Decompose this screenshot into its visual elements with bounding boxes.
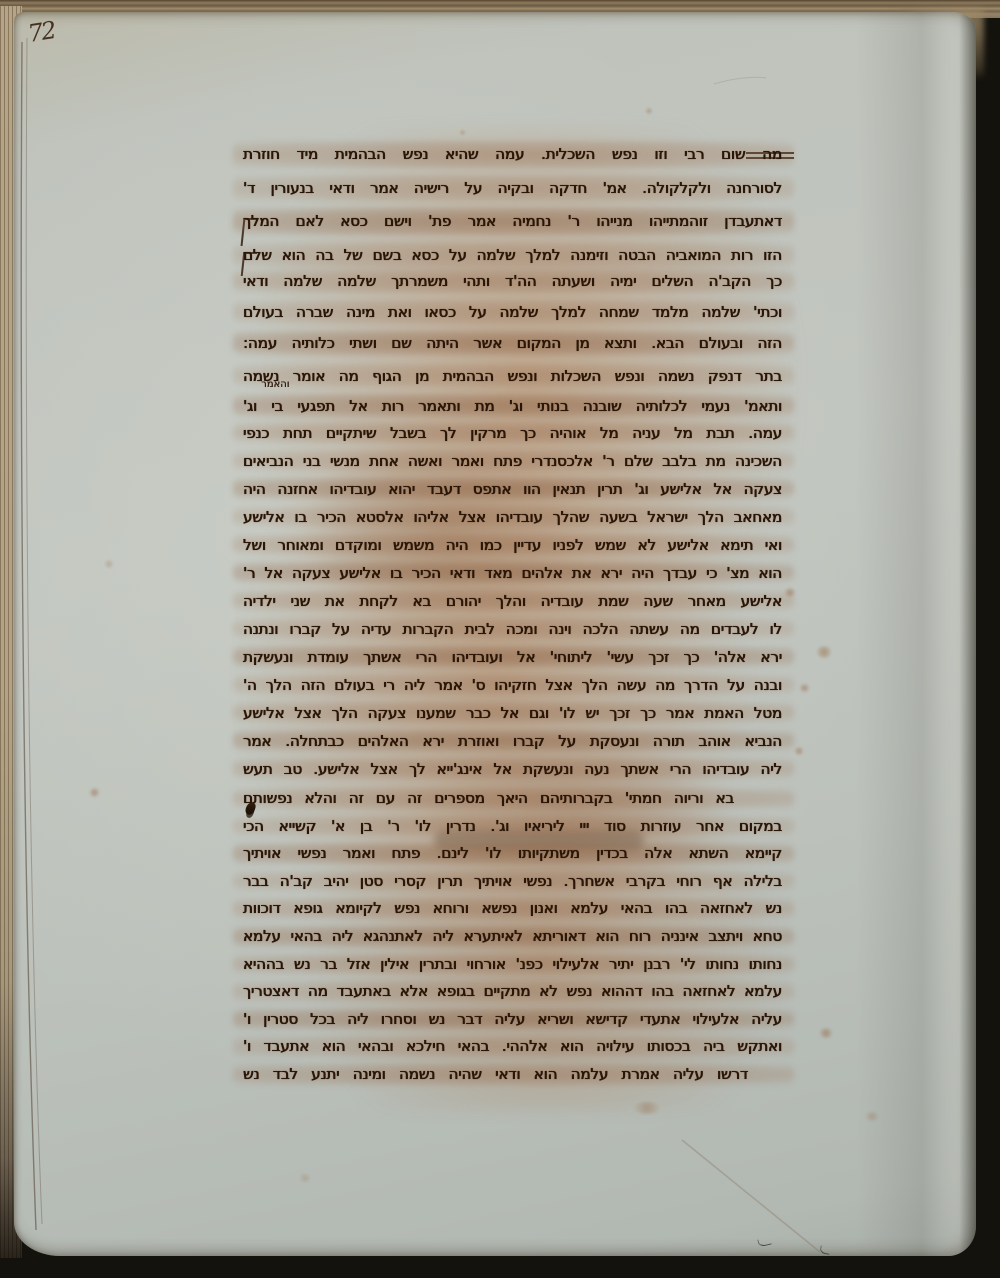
paragraph-5: בא וריוה חמתי' בקברותיהם היאך מספרים זה … [243,785,782,1089]
text-line: נחותו נחותו לי' רבנן יתיר אלעילוי כפנ' א… [243,951,782,979]
text-line: מטל האמת אמר כך זכך יש לו' וגם אל כבר שמ… [243,699,782,727]
book-photo: 72 מה שום רבי וזו נפש השכלית. עמה שה [0,0,1000,1278]
text-line: מאחאב הלך ישראל בשעה שהלך עובדיהו אצל אל… [243,503,782,531]
manuscript-page: 72 מה שום רבי וזו נפש השכלית. עמה שה [14,12,976,1256]
text-line: בתר דנפק נשמה ונפש השכלות ונפש הבהמית מן… [243,361,782,391]
foxing-spot [646,108,652,114]
text-line: בא וריוה חמתי' בקברותיהם היאך מספרים זה … [243,785,782,813]
text-line: הוא מצ' כי עבדך היה ירא את אלהים מאד ודא… [243,559,782,587]
paragraph-2: כך הקב'ה השלים ימיה ושעתה הה'ד ותהי משמר… [243,266,782,359]
fore-edge [973,5,1000,1245]
foxing-spot [866,1112,878,1121]
text-line: ואי תימא אלישע לא שמש לפניו עדיין כמו הי… [243,531,782,559]
text-line: ואתקש ביה בכסותו עילויה הוא אלההי. בהאי … [243,1033,782,1061]
text-line: השכינה מת בלבב שלם ר' אלכסנדרי פתח ואמר … [243,447,782,475]
text-line: דרשו עליה אמרת עלמה הוא ודאי שהיה נשמה ו… [243,1061,782,1089]
foxing-spot [460,130,465,135]
text-line: עמה. תבת מל עניה מל אוהיה כך מרקין לך בש… [243,419,782,447]
foxing-spot [634,1102,660,1114]
foxing-spot [820,1028,832,1038]
foxing-spot [105,560,113,568]
text-line: ליה עובדיהו הרי אשתך נעה ונעשקת אל אינג'… [243,755,782,783]
text-line: וכתי' שלמה מלמד שמחה למלך שלמה על כסאו ו… [243,297,782,328]
text-line: הנביא אוהב תורה ונעסקת על קברו ואוזרת יר… [243,727,782,755]
foxing-spot [817,646,831,658]
text-line: טחא ויתצב אינניה רוח הוא דאוריתא לאיתערא… [243,923,782,951]
text-line: דאתעבדן זוהמתייהו מנייהו ר' נחמיה אמר פת… [243,205,782,239]
pencil-scribble [819,1245,830,1255]
paragraph-4: עמה. תבת מל עניה מל אוהיה כך מרקין לך בש… [243,419,782,783]
text-line: כך הקב'ה השלים ימיה ושעתה הה'ד ותהי משמר… [243,266,782,297]
paragraph-3: והאמר בתר דנפק נשמה ונפש השכלות ונפש הבה… [243,361,782,421]
foxing-spot [90,788,99,797]
paragraph-1: מה שום רבי וזו נפש השכלית. עמה שהיא נפש … [243,138,782,272]
text-line: הזה ובעולם הבא. ותצא מן המקום אשר היתה ש… [243,328,782,359]
folio-number: 72 [26,16,57,48]
text-line: עליה אלעילוי אתעדי קדישא ושריא עליה דבר … [243,1006,782,1034]
foxing-spot [795,747,803,755]
foxing-spot [300,1174,310,1182]
text-line: לסורחנה ולקלקולה. אמ' חדקה ובקיה על רישי… [243,172,782,206]
text-line: ובנה על הדרך מה עשה הלך אצל חזקיהו ס' אמ… [243,671,782,699]
text-line: עלמא לאחזאה בהו דההוא נפש לא מתקיים בגופ… [243,978,782,1006]
text-line: מה שום רבי וזו נפש השכלית. עמה שהיא נפש … [243,138,782,172]
text-line: בלילה אף רוחי בקרבי אשחרך. נפשי אויתיך ת… [243,868,782,896]
pencil-scribble [757,1237,772,1248]
text-line: ותאמ' נעמי לכלותיה שובנה בנותי וג' מת ות… [243,391,782,421]
text-line: במקום אחר עוזרות סוד ייי ליריאיו וג'. נד… [243,813,782,841]
interlinear-note: והאמר [261,380,289,390]
page-curl-shadow [856,12,976,1256]
text-line: קיימא השתא אלה בכדין משתקיותו לו' לינם. … [243,840,782,868]
text-line: צעקה אל אלישע וג' תרין תנאין הוו אתפס דע… [243,475,782,503]
text-line: נש לאחזאה בהו בהאי עלמא ואנון נפשא ורוחא… [243,895,782,923]
text-line: אלישע מאחר שעה שמת עובדיה והלך יהורם בא … [243,587,782,615]
foxing-spot [800,684,809,692]
text-line: ירא אלה' כך זכך עשי' ליתוחי' אל ועובדיהו… [243,643,782,671]
text-line: לו לעבדים מה עשתה הלכה וינה ומכה לבית הק… [243,615,782,643]
